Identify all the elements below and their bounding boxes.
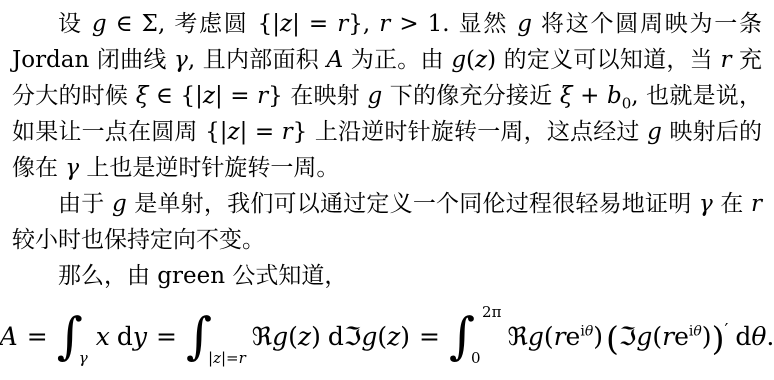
text-run: ∈ {| [148,83,203,109]
formula-area-variable: A [0,324,18,349]
math-variable: γ [174,47,188,73]
text-run: + [573,83,607,109]
integral-lower-limit: 0 [471,351,501,366]
math-variable: γ [65,155,79,181]
text-run: }, [348,11,379,37]
integral-limits: |z|=r [212,305,246,367]
integral-over-gamma: ∫ γ [57,305,90,367]
text-run: | = [292,11,337,37]
math-variable: z [228,119,240,145]
paren: ( [377,322,387,351]
differential-d: d [735,322,751,351]
differential-d: d [328,322,344,351]
math-variable: r [720,47,731,73]
differential-d: d [117,322,133,351]
math-variable: r [554,322,566,351]
exponent-itheta: iθ [689,323,702,339]
math-variable: γ [699,191,713,217]
paren: ( [544,322,554,351]
math-variable: z [387,322,400,351]
math-variable: g [636,322,652,351]
big-paren: ) [712,319,725,358]
math-variable: θ [693,323,701,339]
text-run: ∈ Σ, 考虑圆 {| [107,11,280,37]
paren: ) [400,322,410,351]
math-variable: g [272,322,288,351]
real-part-symbol: ℜ [507,322,527,351]
text-run: 设 [58,11,92,37]
math-variable: r [337,11,348,37]
text-run: 由于 [58,191,112,217]
integrand-re-dim: ℜg(z)dℑg(z) [252,324,410,349]
display-formula: A = ∫ γ xdy = ∫ |z|=r ℜg(z)dℑg(z) = ∫ 2π… [12,298,762,374]
text-run: | = [240,119,282,145]
math-variable: θ [751,322,766,351]
euler-e: e [566,322,581,351]
math-variable: g [368,83,383,109]
math-variable: A [327,47,344,73]
text-run: } 在映射 [268,83,367,109]
integral-lower-limit: |z|=r [208,351,246,366]
math-variable: r [379,11,390,37]
paragraph-1: 设 g ∈ Σ, 考虑圆 {|z| = r}, r > 1. 显然 g 将这个圆… [12,6,762,186]
math-variable: x [96,322,110,351]
math-variable: r [662,322,674,351]
integrand-polar: ℜg(reiθ)(ℑg(reiθ))′dθ. [507,324,774,349]
math-variable: r [751,191,762,217]
integral-over-circle: ∫ |z|=r [186,305,246,367]
paren: ( [652,322,662,351]
math-variable: g [361,322,377,351]
text-run: > 1. 显然 [390,11,517,37]
imaginary-part-symbol: ℑ [344,322,361,351]
math-variable: z [298,322,311,351]
integral-upper-limit: 2π [482,305,501,320]
text-run: } 上沿逆时针旋转一周，这点经过 [293,119,647,145]
math-variable: z [203,83,215,109]
exponent-itheta: iθ [580,323,593,339]
math-variable: z [280,11,292,37]
integral-limits: γ [83,305,90,367]
imaginary-part-symbol: ℑ [619,322,636,351]
text-run: | = [215,83,257,109]
document-page: 设 g ∈ Σ, 考虑圆 {|z| = r}, r > 1. 显然 g 将这个圆… [0,0,774,374]
paren: ) [702,322,712,351]
math-variable: y [133,322,147,351]
math-variable: b [607,83,622,109]
math-variable: θ [585,323,593,339]
text-run: ) 的定义可以知道，当 [487,47,720,73]
math-variable: z [213,349,221,367]
math-variable: r [239,349,246,367]
math-variable: g [528,322,544,351]
text-run: 下的像充分接近 [382,83,560,109]
math-variable: r [257,83,268,109]
math-variable: r [282,119,293,145]
prime-derivative: ′ [724,320,728,340]
text-run: 较小时也保持定向不变。 [12,227,265,253]
text-run: 为正。由 [343,47,451,73]
paren: ( [288,322,298,351]
text-run: 那么，由 green 公式知道， [58,263,347,289]
math-variable: ξ [136,83,149,109]
equals-sign: = [156,324,177,349]
integral-limits: 2π 0 [475,305,501,367]
integral-lower-limit: γ [79,351,90,366]
math-variable: g [451,47,466,73]
period: . [766,322,774,351]
equals-sign: = [27,324,48,349]
text-run: 是单射，我们可以通过定义一个同伦过程很轻易地证明 [127,191,699,217]
text-run: 在 [713,191,751,217]
integral-upper-limit [219,305,246,320]
math-variable: g [92,11,107,37]
big-paren: ( [606,319,619,358]
math-variable: g [517,11,532,37]
integral-zero-to-2pi: ∫ 2π 0 [449,305,501,367]
real-part-symbol: ℜ [252,322,272,351]
math-variable: g [112,191,127,217]
math-variable: ξ [560,83,573,109]
integrand-x-dy: xdy [96,324,147,349]
text-run: ( [466,47,475,73]
text-run: 上也是逆时针旋转一周。 [79,155,339,181]
equals-sign: = [419,324,440,349]
euler-e: e [674,322,689,351]
math-variable: g [647,119,662,145]
abs-bar-equals: |= [221,349,239,367]
paren: ) [311,322,321,351]
text-run: , 且内部面积 [188,47,327,73]
math-subscript: 0 [622,95,632,113]
paren: ) [593,322,603,351]
paragraph-2: 由于 g 是单射，我们可以通过定义一个同伦过程很轻易地证明 γ 在 r 较小时也… [12,186,762,258]
paragraph-3: 那么，由 green 公式知道， [12,258,762,294]
math-variable: z [475,47,487,73]
